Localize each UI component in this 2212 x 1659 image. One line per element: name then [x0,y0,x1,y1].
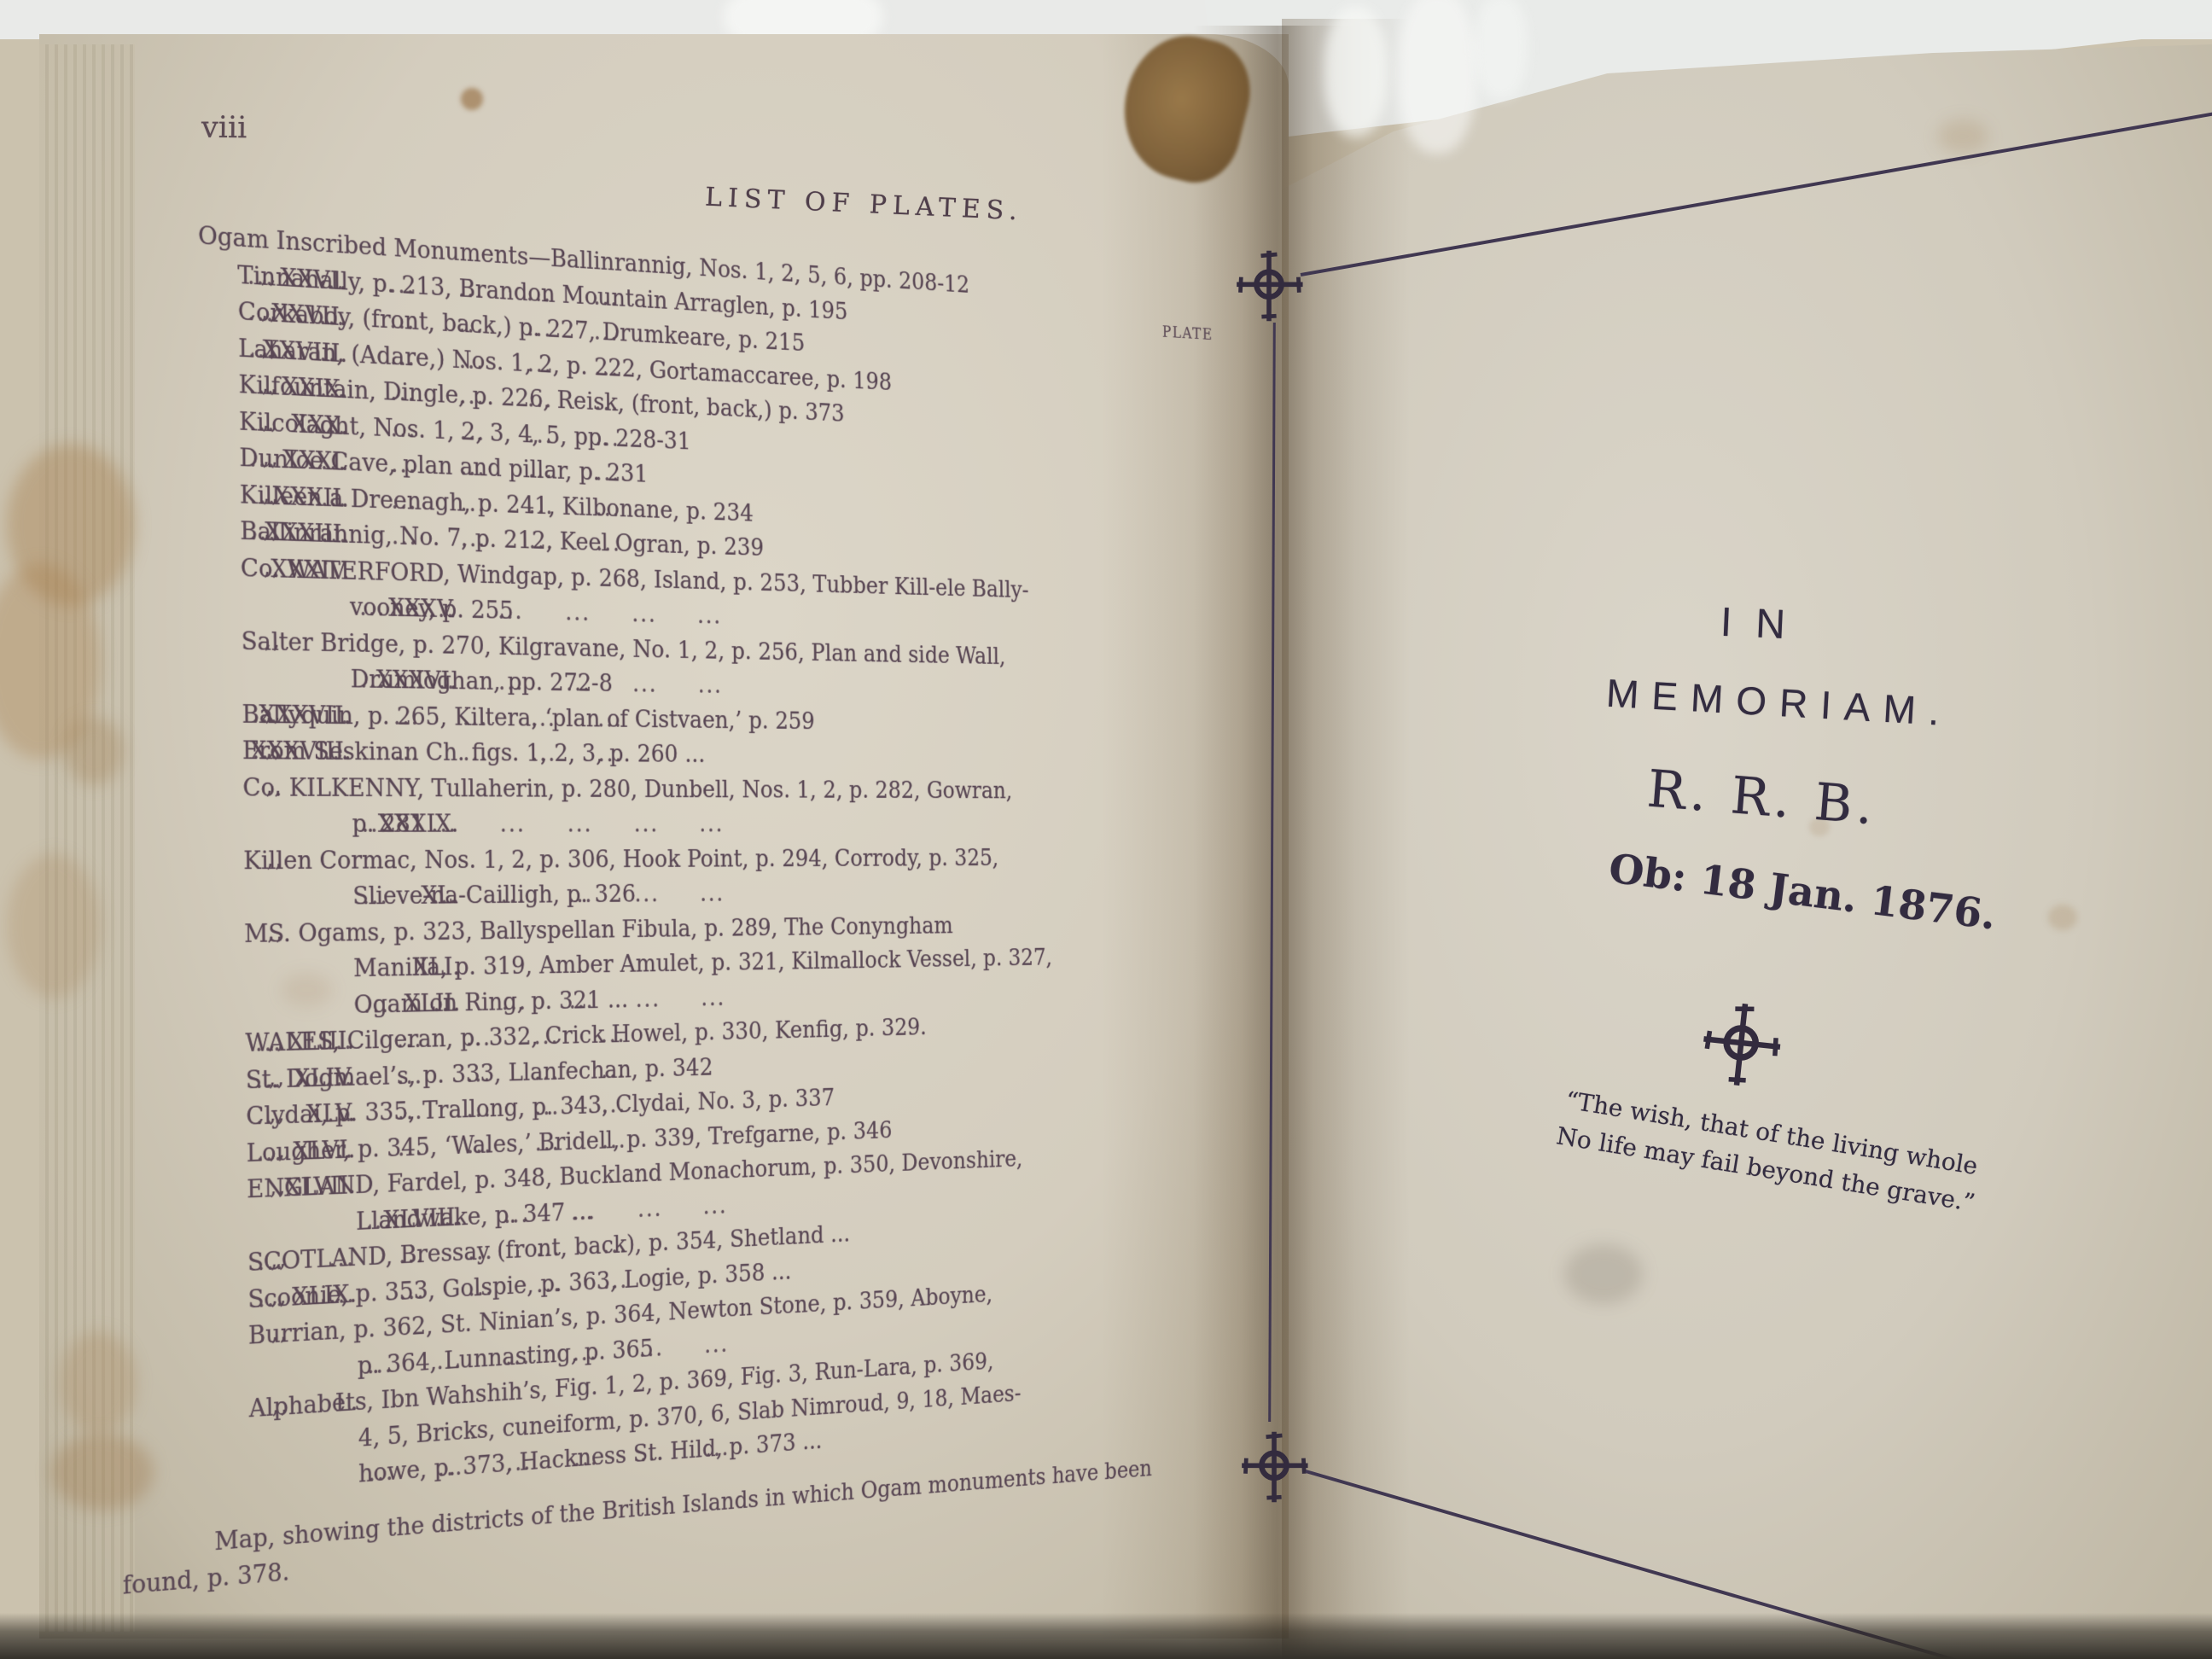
row-plate-numeral: XXXII. [240,480,352,512]
backdrop-drip-stain [1475,0,1528,99]
plate-list-block: PLATE Ogam Inscribed Monuments—Ballinran… [102,214,1230,1631]
row-plate-numeral: XLVI. [247,1134,359,1167]
row-plate-numeral: XLI. [353,952,463,982]
book-photo: viii LIST OF PLATES. PLATE Ogam Inscribe… [0,0,2212,1659]
row-plate-numeral: XXXVIII. [242,736,355,765]
row-plate-numeral: XXXIII. [240,516,352,549]
foxing-stain [1937,119,1988,154]
row-plate-numeral: XXXIX. [352,809,462,837]
row-plate-numeral: XXX. [239,406,352,439]
row-plate-numeral: XXXV. [350,592,460,623]
memorial-line-in: IN [1720,599,1810,649]
row-plate-numeral: XLIII. [245,1026,358,1057]
row-plate-numeral: XL. [352,881,463,910]
border-corner-cross-icon [1232,246,1306,326]
list-row: ,, Co. KILKENNY, Tullaherin, p. 280, Dun… [108,771,1224,811]
backdrop-drip-stain [1324,7,1388,137]
foxing-stain [7,853,101,998]
row-plate-numeral: XLIX. [247,1279,360,1313]
row-text: Killen Cormac, Nos. 1, 2, p. 306, Hook P… [243,844,998,875]
foxing-stain [461,88,483,110]
row-plate-numeral: XLVIII. [356,1202,465,1236]
foxing-stain [2048,905,2077,930]
row-plate-numeral: XLIV. [246,1062,358,1094]
list-row: p. 281 ... ... ... ... ... ... XXXIX. [108,809,1225,847]
bottom-shadow [0,1613,2212,1659]
row-plate-numeral: XXIX. [239,370,352,405]
plate-list: Ogam Inscribed Monuments—Ballinrannig, N… [102,214,1230,1608]
row-plate-numeral: XXVII. [238,297,351,332]
row-plate-numeral: L. [249,1388,362,1423]
row-plate-numeral: XXVIII. [238,334,351,368]
row-plate-numeral: XXXVII. [242,700,354,730]
row-plate-numeral: XXXVI. [351,665,461,695]
foxing-stain [1564,1244,1643,1304]
border-corner-cross-icon [1237,1427,1311,1507]
row-text: Co. KILKENNY, Tullaherin, p. 280, Dunbel… [242,772,1012,803]
right-page [1282,19,2212,1659]
row-plate-numeral: XLII. [353,988,463,1018]
row-plate-numeral: XLV. [246,1098,358,1130]
row-plate-numeral: XLVII. [247,1171,359,1204]
backdrop-drip-stain [1398,0,1476,154]
row-plate-numeral: XXXI. [239,443,352,476]
celtic-cross-icon [1693,992,1788,1097]
row-plate-numeral: XXXIV. [241,553,353,585]
page-number: viii [201,111,247,146]
